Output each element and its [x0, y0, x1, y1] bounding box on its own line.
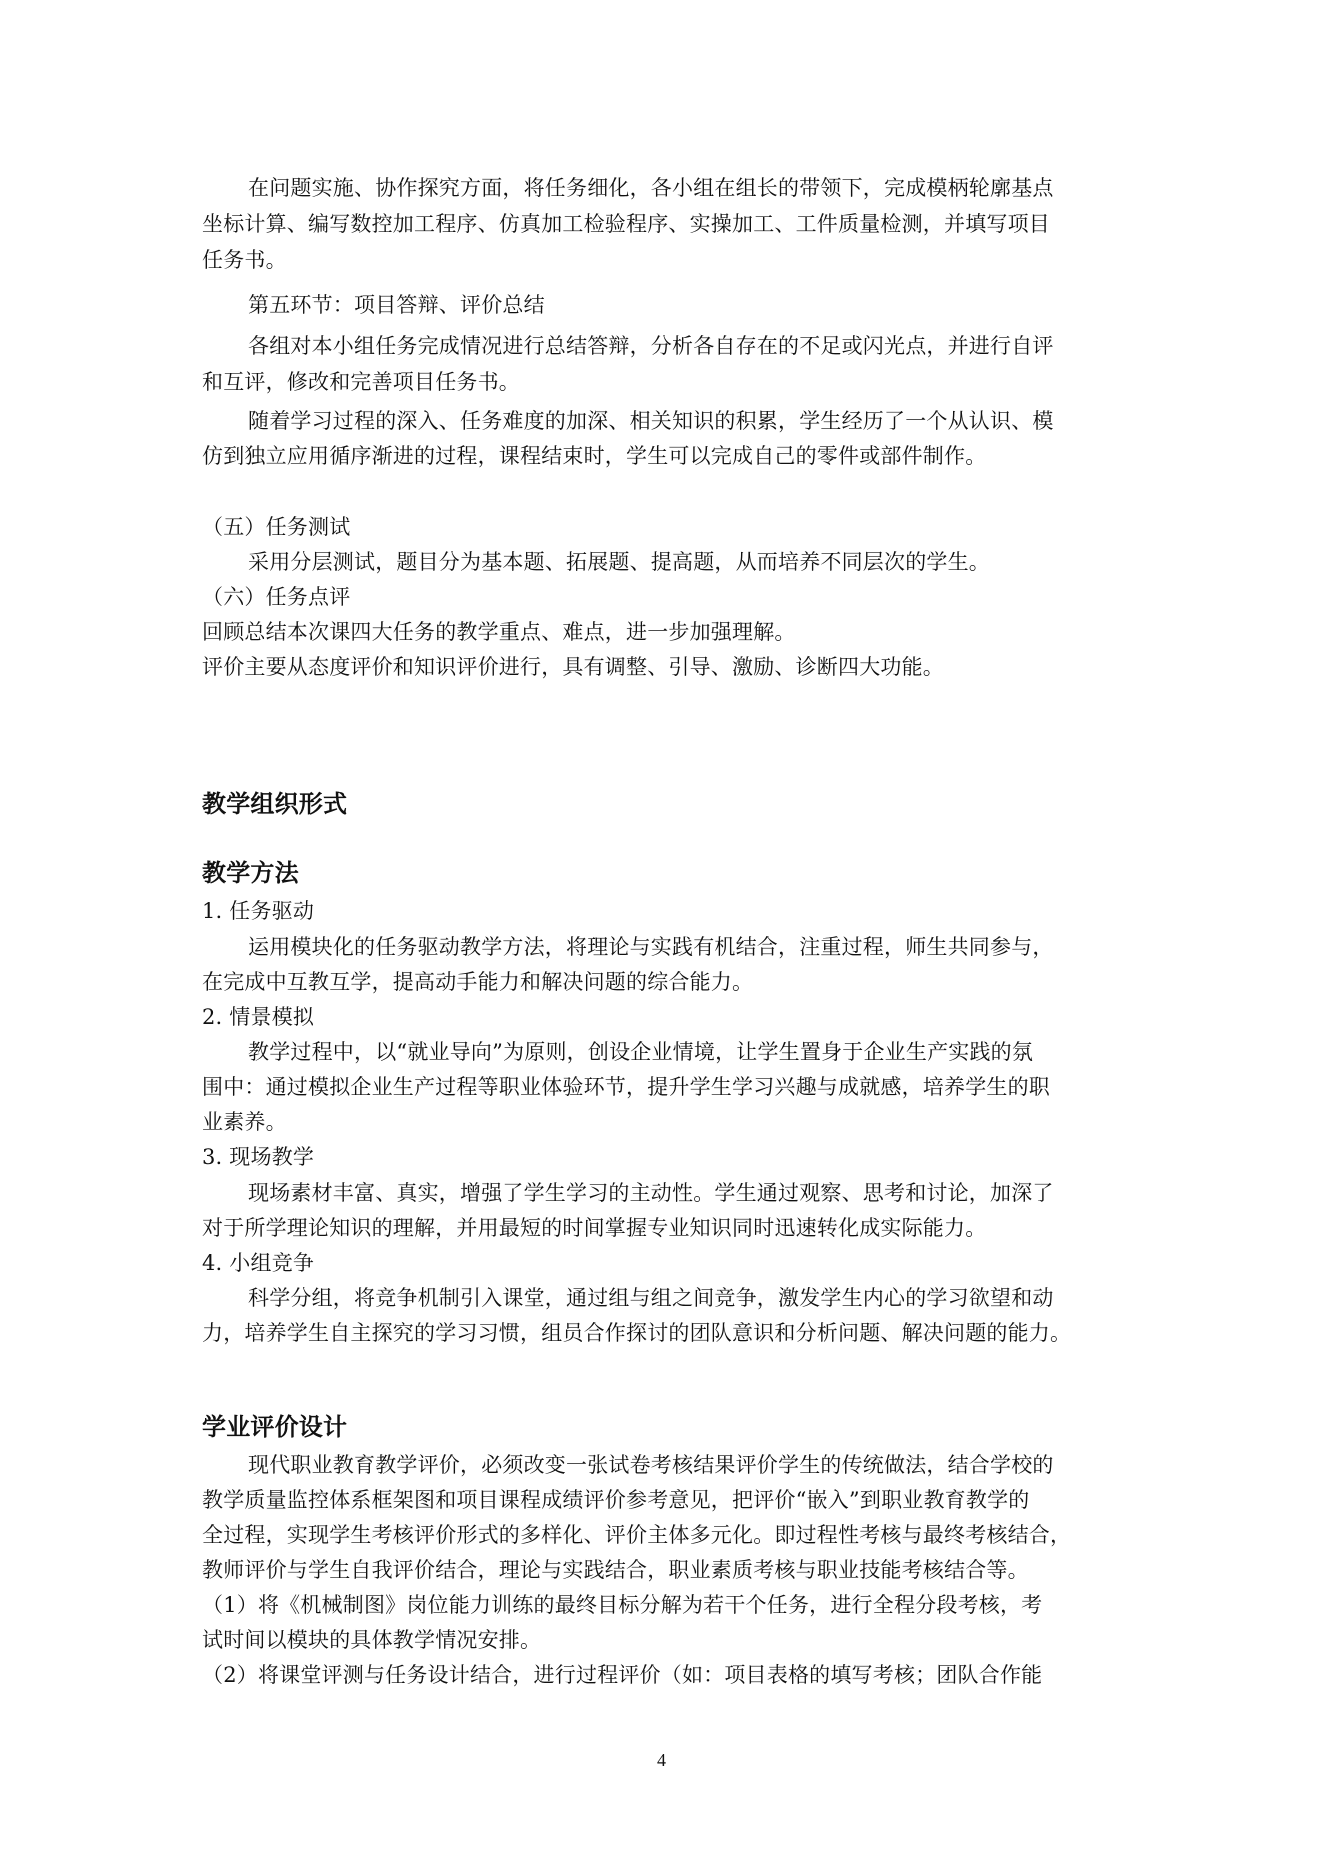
subsection-title: （六）任务点评 — [202, 584, 1132, 610]
page-number: 4 — [0, 1750, 1323, 1771]
list-item-title: 4. 小组竞争 — [202, 1250, 1132, 1276]
section-heading: 教学组织形式 — [202, 789, 1132, 819]
paragraph-line: 回顾总结本次课四大任务的教学重点、难点，进一步加强理解。 — [202, 619, 1132, 645]
list-item-title: 3. 现场教学 — [202, 1144, 1132, 1170]
paragraph-line: 教师评价与学生自我评价结合，理论与实践结合，职业素质考核与职业技能考核结合等。 — [202, 1557, 1132, 1583]
paragraph-line: 对于所学理论知识的理解，并用最短的时间掌握专业知识同时迅速转化成实际能力。 — [202, 1215, 1132, 1241]
paragraph-line: （1）将《机械制图》岗位能力训练的最终目标分解为若干个任务，进行全程分段考核，考 — [202, 1592, 1132, 1618]
paragraph-line: 随着学习过程的深入、任务难度的加深、相关知识的积累，学生经历了一个从认识、模 — [248, 408, 1178, 434]
paragraph-line: 现代职业教育教学评价，必须改变一张试卷考核结果评价学生的传统做法，结合学校的 — [248, 1452, 1178, 1478]
paragraph-line: 评价主要从态度评价和知识评价进行，具有调整、引导、激励、诊断四大功能。 — [202, 654, 1132, 680]
paragraph-line: 教学质量监控体系框架图和项目课程成绩评价参考意见，把评价“嵌入”到职业教育教学的 — [202, 1487, 1132, 1513]
paragraph-line: 运用模块化的任务驱动教学方法，将理论与实践有机结合，注重过程，师生共同参与， — [248, 934, 1178, 960]
paragraph-line: 现场素材丰富、真实，增强了学生学习的主动性。学生通过观察、思考和讨论，加深了 — [248, 1180, 1178, 1206]
section-heading: 学业评价设计 — [202, 1412, 1132, 1442]
paragraph-line: 力，培养学生自主探究的学习习惯，组员合作探讨的团队意识和分析问题、解决问题的能力… — [202, 1320, 1132, 1346]
paragraph-line: 和互评，修改和完善项目任务书。 — [202, 369, 1132, 395]
list-item-title: 2. 情景模拟 — [202, 1004, 1132, 1030]
paragraph-line: 教学过程中，以“就业导向”为原则，创设企业情境，让学生置身于企业生产实践的氛 — [248, 1039, 1178, 1065]
paragraph-line: 试时间以模块的具体教学情况安排。 — [202, 1627, 1132, 1653]
paragraph-line: 全过程，实现学生考核评价形式的多样化、评价主体多元化。即过程性考核与最终考核结合… — [202, 1522, 1132, 1548]
document-page: 在问题实施、协作探究方面，将任务细化，各小组在组长的带领下，完成模柄轮廓基点 坐… — [0, 0, 1323, 1871]
paragraph-line: 仿到独立应用循序渐进的过程，课程结束时，学生可以完成自己的零件或部件制作。 — [202, 443, 1132, 469]
paragraph-line: 各组对本小组任务完成情况进行总结答辩，分析各自存在的不足或闪光点，并进行自评 — [248, 333, 1178, 359]
paragraph-line: 任务书。 — [202, 247, 1132, 273]
subsection-title: （五）任务测试 — [202, 514, 1132, 540]
paragraph-line: （2）将课堂评测与任务设计结合，进行过程评价（如：项目表格的填写考核；团队合作能 — [202, 1662, 1132, 1688]
section-heading: 教学方法 — [202, 858, 1132, 888]
paragraph-line: 科学分组，将竞争机制引入课堂，通过组与组之间竞争，激发学生内心的学习欲望和动 — [248, 1285, 1178, 1311]
list-item-title: 1. 任务驱动 — [202, 898, 1132, 924]
paragraph-line: 坐标计算、编写数控加工程序、仿真加工检验程序、实操加工、工件质量检测，并填写项目 — [202, 211, 1132, 237]
paragraph-line: 业素养。 — [202, 1109, 1132, 1135]
paragraph-line: 围中：通过模拟企业生产过程等职业体验环节，提升学生学习兴趣与成就感，培养学生的职 — [202, 1074, 1132, 1100]
section-subtitle: 第五环节：项目答辩、评价总结 — [248, 292, 1178, 318]
paragraph-line: 在完成中互教互学，提高动手能力和解决问题的综合能力。 — [202, 969, 1132, 995]
paragraph-line: 采用分层测试，题目分为基本题、拓展题、提高题，从而培养不同层次的学生。 — [248, 549, 1178, 575]
paragraph-line: 在问题实施、协作探究方面，将任务细化，各小组在组长的带领下，完成模柄轮廓基点 — [248, 175, 1178, 201]
